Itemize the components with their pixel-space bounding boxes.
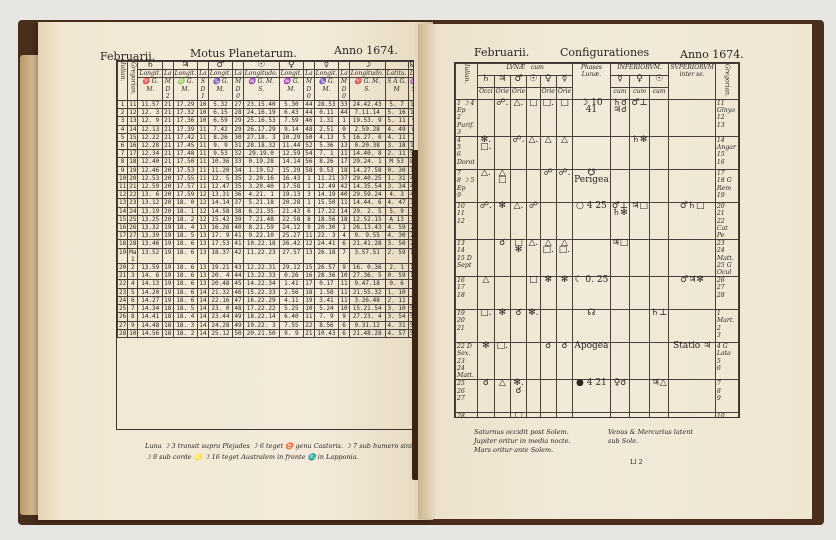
lunar-aspect-cell [540,203,556,240]
table-cell: 23 [128,199,138,207]
table-row: 20213.591918. 61319.214312.22.3129.12152… [118,264,415,272]
table-row: 24614.271918. 61422.164716.22.294.11193.… [118,296,415,304]
table-cell: 28 [233,109,244,117]
day-label: 1 Mart. [717,310,737,324]
planet-symbol-header: ☿ [314,62,339,70]
table-cell: 13. 6 [138,191,163,199]
inferior-aspect-cell [610,413,630,418]
table-cell: 44 [339,109,350,117]
table-cell: 4. 59 [385,224,408,232]
table-row: 142413.192018. 11214.58386.21.3521.43617… [118,207,415,215]
day-label: 8 ☽ 5 Ep [457,177,476,191]
day-label: 14 Angar [717,137,737,151]
day-label: 21 [457,325,476,332]
column-subheader: Longit. [173,70,198,78]
table-cell: M 53 [385,158,408,166]
day-label: 28 [457,413,476,418]
table-cell: 12.13 [138,125,163,133]
table-cell: 24.42.43 [349,101,385,109]
table-cell: 14.40. 8 [349,150,385,158]
lunar-aspect-cell: □ [556,100,572,137]
table-cell: 27.23. 4 [349,313,385,321]
table-row: 152513.252018. 21215.42397.21.4822.58818… [118,215,415,223]
table-cell: 11 [198,125,209,133]
table-cell: 17.53 [208,240,233,248]
table-cell: 19 [408,142,414,150]
day-label: 6 Dorot [457,151,476,165]
table-row: 91912.462017.531111.20341.19.5215.29589.… [118,166,415,174]
lunar-aspect-cell: ✻. [527,310,540,343]
table-row: 27914.481818. 31424.284919.22. 37.55228.… [118,321,415,329]
table-cell: 20 [163,191,174,199]
julian-days: 252627 [456,380,478,413]
table-cell: 24.12 [279,224,304,232]
inferior-aspect-cell: ♃△ [649,380,669,413]
table-cell: 10 [304,305,315,313]
table-cell: 12.49 [314,183,339,191]
lunae-col-symbol: ☿ [556,76,572,88]
table-cell: 58 [304,166,315,174]
table-cell: 44 [304,101,315,109]
table-cell: 11 [339,288,350,296]
table-cell: 18.37 [208,248,233,263]
table-cell: 1 [304,199,315,207]
lunar-aspect-cell: △ [494,380,510,413]
table-row: 182813.461918. 61317.534110.22.1826.4212… [118,240,415,248]
julian-days: 78 ☽ 5 Ep9 [456,170,478,203]
table-cell: 9. 9 [279,329,304,337]
inferior-aspect-cell [610,310,630,343]
table-cell: 13.46 [138,240,163,248]
table-cell: 26.17.29 [243,125,279,133]
table-cell: 4. 30 [385,232,408,240]
day-label: 26 [717,277,737,284]
table-cell: 8 [118,158,128,166]
gregorian-days: 789 [715,380,738,413]
lunar-aspect-cell [540,413,556,418]
configurations-table: Iulian. LVNÆ cum Phases Lunæ. INFERIORVM… [454,62,740,418]
lunae-col-symbol: ♀ [540,76,556,88]
lunar-aspect-cell: △ [556,137,572,170]
day-label: 17 [717,170,737,177]
table-cell: 21.48.28 [349,329,385,337]
table-cell: 20 [163,199,174,207]
inferior-aspect-cell [630,380,650,413]
lunar-aspect-cell [510,343,526,380]
table-cell: 13 [198,272,209,280]
table-cell: 15.22.33 [243,288,279,296]
table-cell: 13.22.33 [243,272,279,280]
table-cell: 9 [304,224,315,232]
table-cell: 17.36 [173,117,198,125]
table-cell: 10.36 [208,158,233,166]
table-cell: 18 [128,158,138,166]
lunar-aspect-cell: ✻ [494,203,510,240]
table-cell: 9. 9 [208,142,233,150]
table-cell: 12.22.31 [243,264,279,272]
table-cell: 18 [163,313,174,321]
table-cell: 6 [118,142,128,150]
table-cell: 8.56 [314,321,339,329]
table-row: 281014.561818. 21425.125020.21.509. 9211… [118,329,415,337]
table-cell: 27 [128,232,138,240]
day-label: 25 G Ocul [717,262,737,276]
day-label: 11 [457,210,476,217]
moon-phase-cell [573,137,611,170]
table-cell: 9.53 [208,150,233,158]
table-cell: 4. 11 [385,133,408,141]
table-cell: 15.21.54 [349,305,385,313]
superior-aspect-cell [669,413,715,418]
table-cell: 17 [339,158,350,166]
table-cell: 16 [304,272,315,280]
table-cell: 3.26.48 [349,296,385,304]
table-cell: 18. 2 [173,329,198,337]
moon-phase-cell: ● 4 21 [573,380,611,413]
left-page: Februarii. Motus Planetarum. Anno 1674. … [38,22,433,520]
table-cell: 26 [128,224,138,232]
table-cell: 10 [198,101,209,109]
table-cell: 5.36 [314,142,339,150]
lunar-aspect-cell: ☌ [540,343,556,380]
table-cell: 9.22.10 [243,232,279,240]
day-label: 13 [457,240,476,247]
table-cell: 41 [233,240,244,248]
table-cell: 1 [339,117,350,125]
moon-phase-cell [573,240,611,277]
column-subheader: La [304,70,315,78]
table-cell: 14.13 [138,280,163,288]
page-edges [20,55,38,515]
table-cell: 3 [408,133,414,141]
table-cell: 3. 54 [385,313,408,321]
lunar-aspect-cell: ☍. [510,137,526,170]
table-cell: 3. 18 [385,142,408,150]
table-cell: 18. 6 [173,240,198,248]
lunar-aspect-cell: ☍ [527,203,540,240]
table-cell: 14.14 [279,158,304,166]
lunar-aspect-cell [556,310,572,343]
table-cell: 16.26 [208,224,233,232]
table-cell: 17.29 [173,101,198,109]
lunar-aspect-cell: □ [510,413,526,418]
table-cell: 14 [118,207,128,215]
inferior-aspect-cell [649,203,669,240]
table-cell: 18. 0 [173,199,198,207]
table-row: 172713.391918. 51317. 9419.22.1025.27112… [118,232,415,240]
column-unit: S A G. M [385,78,408,101]
table-cell: 11 [198,142,209,150]
table-cell: 7.55 [279,321,304,329]
table-cell: 14.19 [314,191,339,199]
table-cell: 18. 5 [173,232,198,240]
table-cell: 16.27. 0 [349,133,385,141]
table-cell: 7. 1 [314,150,339,158]
table-cell: 14.27.58 [349,166,385,174]
table-cell: 10 [339,305,350,313]
lunar-aspect-cell [478,413,495,418]
inferior-aspect-cell [610,343,630,380]
planet-symbol-header: ♄ [138,62,163,70]
table-cell: 4. 47 [385,199,408,207]
table-cell: 14.22.34 [243,280,279,288]
table-cell: 9.31.12 [349,321,385,329]
table-cell: 29.40.25 [349,174,385,182]
table-cell: 8 [304,215,315,223]
table-cell: 20 [163,215,174,223]
table-cell: 10.22.18 [243,240,279,248]
note-saturn: Saturnus occidit post Solem. [474,428,571,437]
table-cell: 48 [233,305,244,313]
table-cell: 7.11.14 [349,109,385,117]
lunar-aspect-cell [527,170,540,203]
table-cell: 48 [304,125,315,133]
inferior-aspect-cell [649,343,669,380]
table-cell: 21.43 [279,207,304,215]
lunae-col-symbol: ♄ [478,76,495,88]
table-cell: 18 [339,166,350,174]
table-cell: 23 [118,288,128,296]
table-cell: 0 [339,125,350,133]
column-subheader: Latitu. [385,70,408,78]
inferior-aspect-cell [649,100,669,137]
table-cell: 19 [163,272,174,280]
table-cell: 49 [233,321,244,329]
table-cell: 9 [339,264,350,272]
table-cell: 26.13.43 [349,224,385,232]
column-unit: M D 0 [339,78,350,101]
table-cell: 4.13 [314,133,339,141]
table-cell: 19 [163,248,174,263]
table-row: 81812.402117.501110.36330.19.2814.14568.… [118,158,415,166]
day-label: 22 D Sex. [457,343,476,357]
column-unit: M D 0 [233,78,244,101]
table-cell: 18 [163,329,174,337]
table-row: 26814.411818. 41423.444918.22.146.40117.… [118,313,415,321]
table-cell: 7 [118,150,128,158]
table-cell: 9.53 [314,166,339,174]
table-cell: 15.42 [208,215,233,223]
column-unit: ♈ G. M. [138,78,163,101]
footnote-line-1: Luna ☽ 3 transit supra Plejades ☽ 6 tege… [145,442,435,451]
table-cell: 5 [118,133,128,141]
inferior-aspect-cell [630,277,650,310]
inferior-aspect-cell [649,137,669,170]
table-cell: 7.59 [279,117,304,125]
day-label: 10 [717,413,737,418]
table-cell: 13.12 [138,199,163,207]
column-unit: ♍ G. M. [173,78,198,101]
table-cell: 6 [304,207,315,215]
day-label: 1 ☽ 4 Ep [457,100,476,114]
table-cell: 4 [128,280,138,288]
planet-symbol-header: ☊ [408,62,414,70]
moon-phase-cell: ☾ 0. 25 [573,277,611,310]
moon-phase-cell [573,413,611,418]
table-row: 51512.222117.42118.263027.18. 310.29504.… [118,133,415,141]
table-cell: 14.56 [138,329,163,337]
config-group-row: 101112☍.✻△.☍○ 4 25♂⊥ ♄✻♃□♂♄□202122 Cat P… [456,203,739,240]
inferior-aspect-cell [649,170,669,203]
table-cell: 4 [339,232,350,240]
table-cell: 3 [128,272,138,280]
table-cell: 26 [118,313,128,321]
lunar-aspect-cell: △ □. [556,240,572,277]
table-cell: 1 [339,224,350,232]
table-cell: 18. 5 [173,305,198,313]
table-cell: 14.35.54 [349,183,385,191]
table-cell: 14 [198,305,209,313]
table-cell: 13 [118,199,128,207]
lunar-aspect-cell: ✻. □. [478,137,495,170]
day-label: 8 [717,388,737,395]
table-cell: 28 [128,240,138,248]
table-cell: 21 [163,101,174,109]
table-cell: 0.11 [314,109,339,117]
table-cell: 11.21 [314,174,339,182]
day-label: 6 [717,365,737,372]
table-cell: 14 [198,329,209,337]
note-sub-sole: sub Sole. [608,437,693,446]
table-cell: 28.36 [314,272,339,280]
table-row: 22414.131918. 61320.484514.22.341.41170.… [118,280,415,288]
table-cell: 10.29 [279,133,304,141]
lunar-aspect-cell [494,137,510,170]
table-cell: 14 [128,125,138,133]
table-cell: 13 [198,264,209,272]
table-cell: 6 [339,240,350,248]
table-cell: 2. 11 [385,296,408,304]
table-cell: 24 [118,296,128,304]
inferior-aspect-cell [630,343,650,380]
moon-phase-cell: ☋ Perigea [573,170,611,203]
table-cell: 9 [118,166,128,174]
table-cell: 17 [128,150,138,158]
table-cell: 20.48 [208,280,233,288]
table-cell: 15 [128,133,138,141]
table-cell: 13.31 [208,191,233,199]
day-label: 20 [457,317,476,324]
table-cell: 10 [118,174,128,182]
day-label: 2 [717,325,737,332]
gregorian-days: 202122 Cat Pe [715,203,738,240]
day-label: 24 Matt. [717,247,737,261]
footnote-line-2: ☽ 9 sub corde ♌ ☽ 16 teget Australem in … [145,453,359,462]
table-cell: 11 [198,133,209,141]
table-cell: 12 [198,215,209,223]
table-cell: 25 [128,215,138,223]
table-cell: 18 [118,240,128,248]
table-cell: 16.43 [279,174,304,182]
day-label: 19 [457,310,476,317]
table-cell: 27 [233,101,244,109]
table-cell: 22 [304,321,315,329]
table-cell: 14 [198,321,209,329]
moon-phase-cell: ○ 4 25 [573,203,611,240]
lunar-aspect-cell [527,343,540,380]
table-cell: 17.39 [173,125,198,133]
table-cell: 14.58 [208,207,233,215]
table-cell: 43 [233,264,244,272]
table-cell: 1 [304,174,315,182]
table-cell: 0.17 [314,280,339,288]
lunar-aspect-cell: □. [494,343,510,380]
table-cell: 2.51 [314,125,339,133]
day-label: 5 [457,144,476,151]
table-cell: 19 [304,296,315,304]
moon-phase-cell: ☊ [573,310,611,343]
table-cell: 12. 5 [208,174,233,182]
table-cell: 11 [408,109,414,117]
table-cell: 7.42 [208,125,233,133]
note-mars: Mars oritur ante Solem. [474,446,571,455]
table-cell: 14 [198,313,209,321]
day-label: 14 [457,247,476,254]
day-label: 9 [457,192,476,199]
day-label: 3 [457,129,476,136]
julian-days: 131415 D Sept [456,240,478,277]
inferior-aspect-cell [649,277,669,310]
column-subheader: La [233,70,244,78]
table-cell: 27.18. 3 [243,133,279,141]
note-venus-mercury: Venus & Mercurius latent [608,428,693,437]
table-cell: 11 [198,166,209,174]
day-label: 2 Purif. [457,114,476,128]
table-cell: 39 [233,215,244,223]
right-year: Anno 1674. [680,48,744,61]
day-label: 9 [717,395,737,402]
table-cell: 0. 59 [385,272,408,280]
table-cell: 44 [304,109,315,117]
table-cell: 14 [198,288,209,296]
table-cell: 35 [233,183,244,191]
inferiorum-label: INFERIORVM. [617,64,662,71]
table-cell: 12.34 [138,150,163,158]
table-cell: 6.43 [279,109,304,117]
table-cell: 26.57 [314,264,339,272]
table-cell: 5.30 [279,101,304,109]
column-unit: M D 0 [304,78,315,101]
table-cell: 40 [339,191,350,199]
day-label: 18 G Rem [717,177,737,191]
gregorian-days: 4 G Lata56 [715,343,738,380]
table-cell: 17.22 [314,207,339,215]
superior-aspect-cell [669,240,715,277]
table-cell: 21 [163,142,174,150]
table-cell: 46 [304,117,315,125]
table-cell: 11.44 [279,142,304,150]
gregorian-days: 1 Mart.23 [715,310,738,343]
lunar-aspect-cell: ✻ [478,343,495,380]
table-cell: 4. 57 [385,329,408,337]
planet-symbol-header [304,62,315,70]
table-cell: 11.22.23 [243,248,279,263]
table-cell: 4. 49 [385,125,408,133]
superior-aspect-cell [669,310,715,343]
inferior-aspect-cell [610,137,630,170]
table-cell: 5.32 [208,101,233,109]
gregorian-days: 10 [715,413,738,418]
lunar-aspect-cell [556,203,572,240]
superior-aspect-cell [669,380,715,413]
table-cell: 29 [233,117,244,125]
table-cell: 19 [118,248,128,263]
table-cell: 1. 10 [385,288,408,296]
notes-right: Venus & Mercurius latent sub Sole. [608,428,693,446]
table-cell: 1 [304,183,315,191]
lunar-aspect-cell: △ [540,137,556,170]
table-cell: 42 [339,183,350,191]
